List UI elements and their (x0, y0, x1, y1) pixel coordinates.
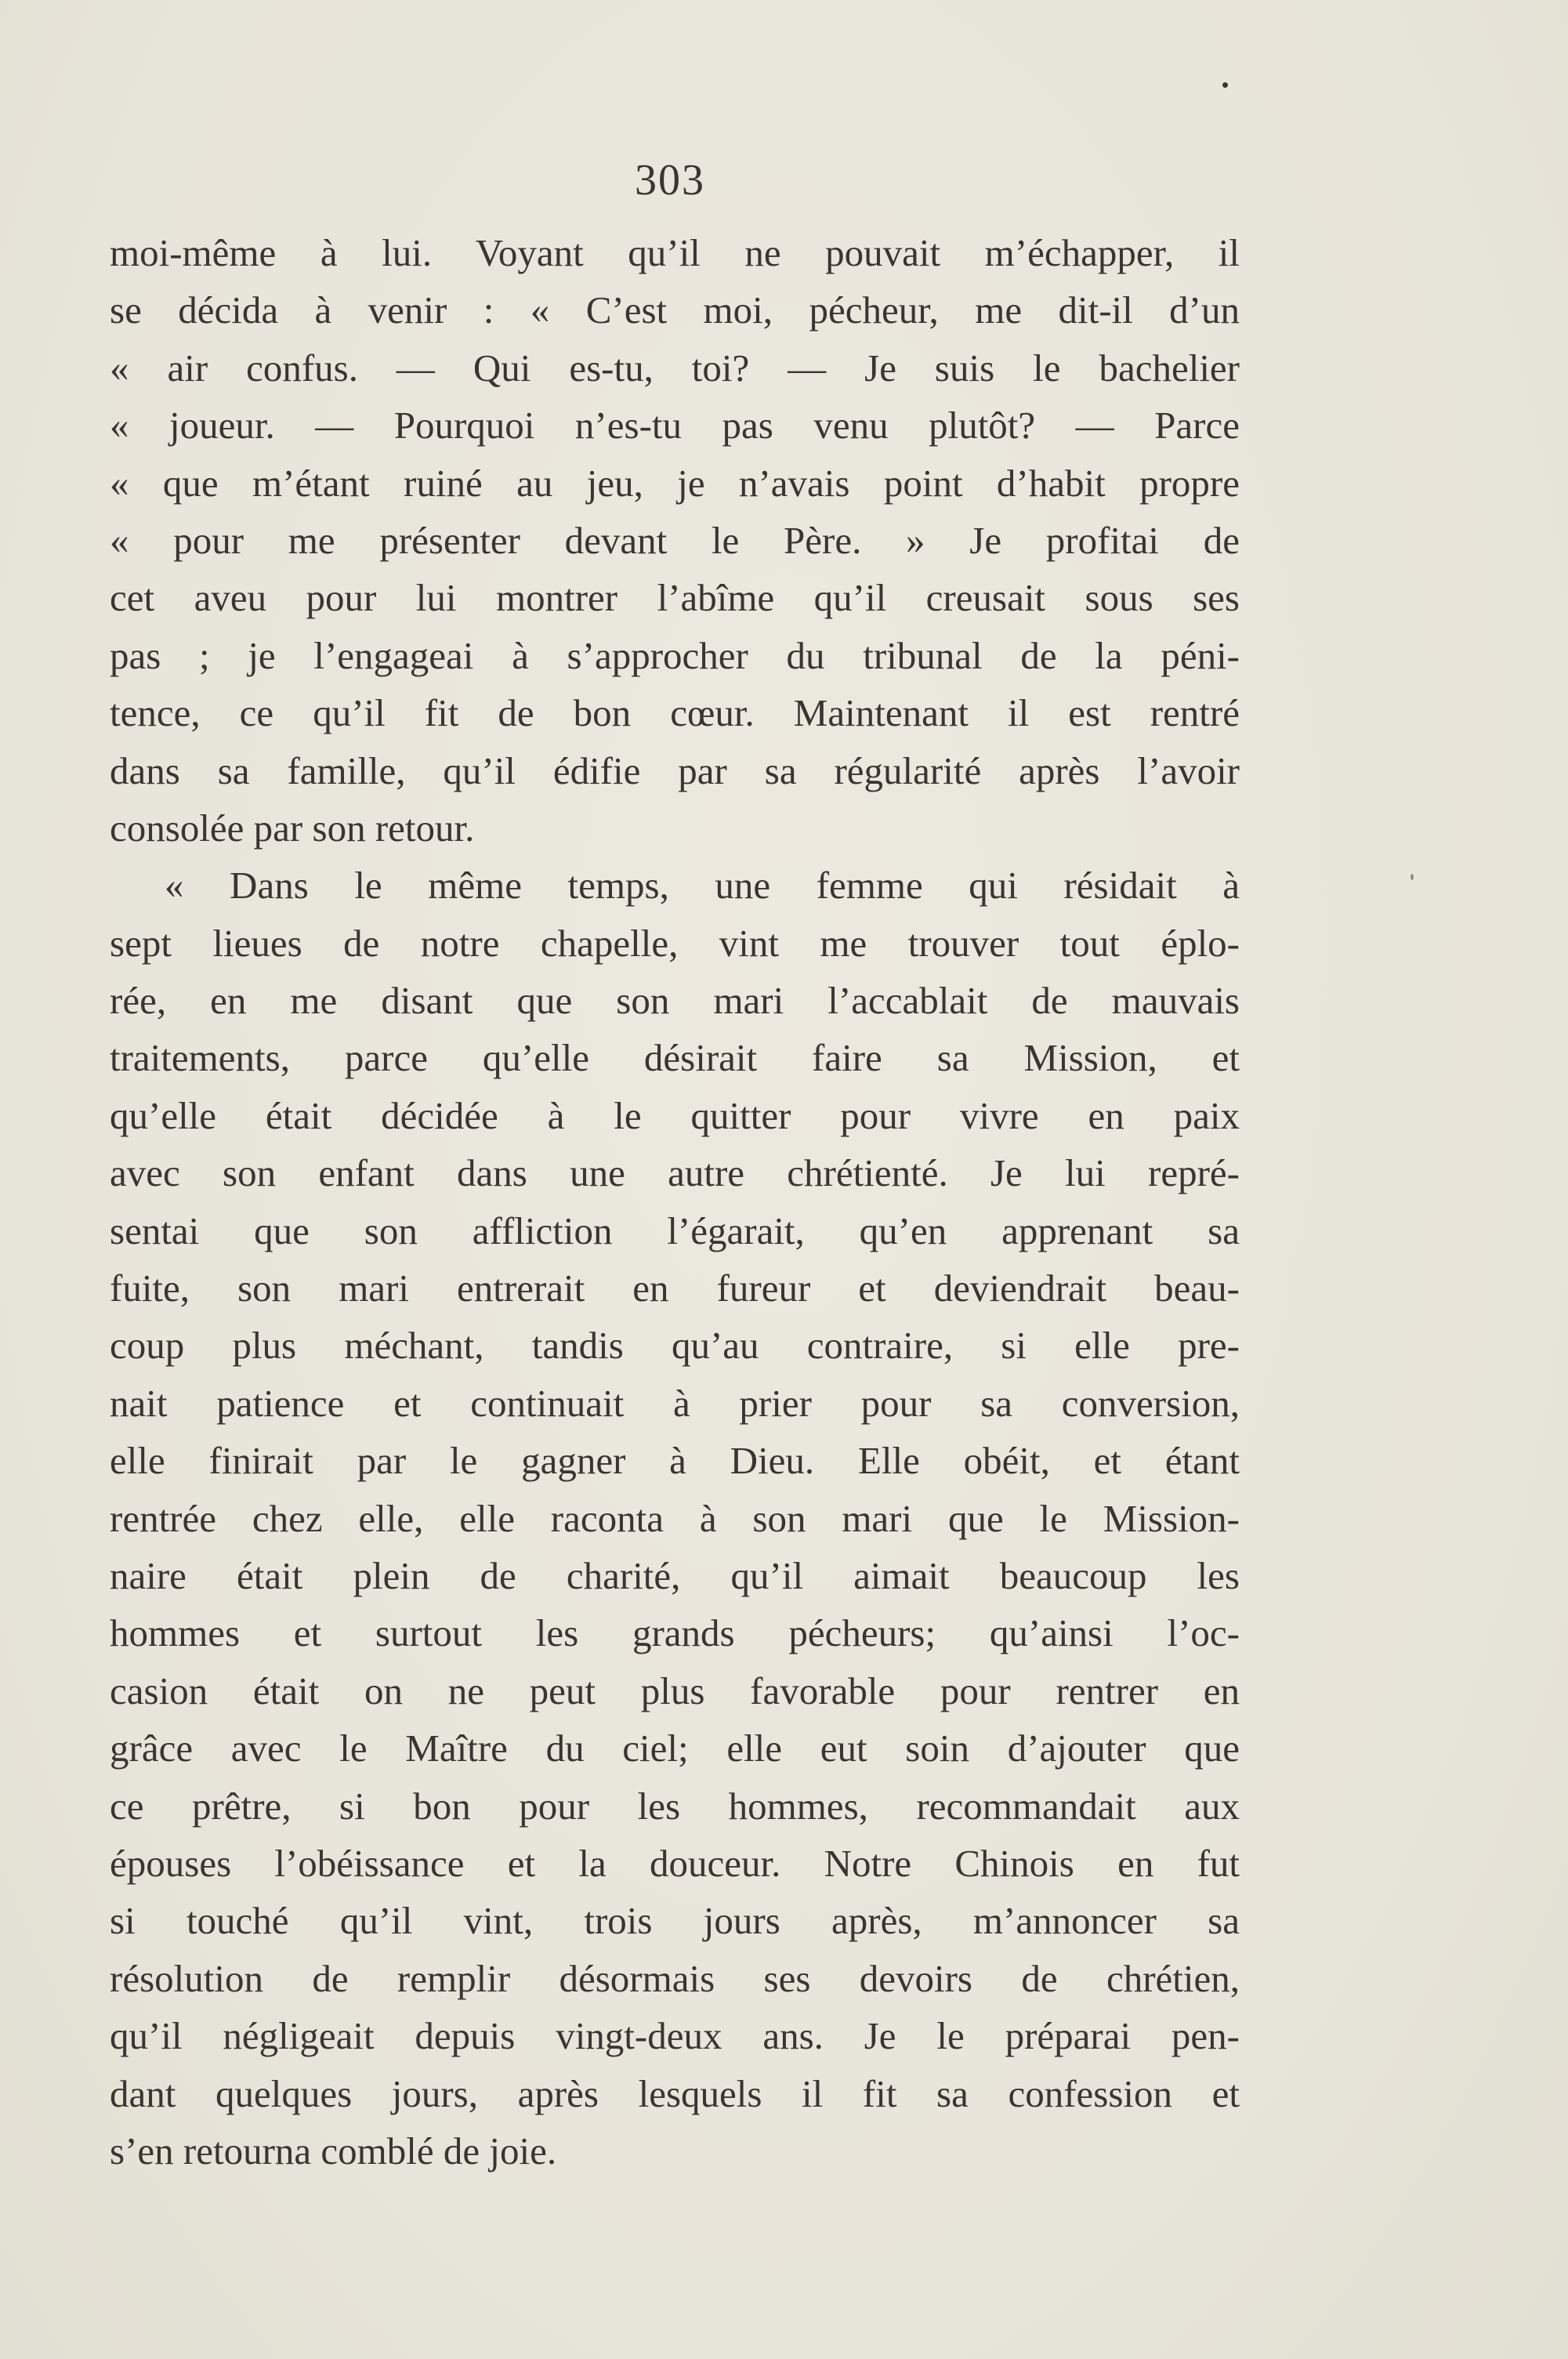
text-line: grâce avec le Maître du ciel; elle eut s… (110, 1719, 1240, 1777)
ink-speck (1222, 82, 1228, 88)
text-line: tence, ce qu’il fit de bon cœur. Mainten… (110, 684, 1240, 741)
text-line: elle finirait par le gagner à Dieu. Elle… (110, 1432, 1240, 1489)
text-line: épouses l’obéissance et la douceur. Notr… (110, 1835, 1240, 1892)
text-line: casion était on ne peut plus favorable p… (110, 1662, 1240, 1719)
text-line: se décida à venir : « C’est moi, pécheur… (110, 281, 1240, 339)
text-line: dant quelques jours, après lesquels il f… (110, 2065, 1240, 2122)
text-line: moi-même à lui. Voyant qu’il ne pouvait … (110, 224, 1240, 281)
text-line: pas ; je l’engageai à s’approcher du tri… (110, 627, 1240, 684)
text-line: « que m’étant ruiné au jeu, je n’avais p… (110, 455, 1240, 512)
text-line: traitements, parce qu’elle désirait fair… (110, 1029, 1240, 1086)
ink-speck (1410, 874, 1414, 880)
text-line: hommes et surtout les grands pécheurs; q… (110, 1604, 1240, 1661)
text-line: fuite, son mari entrerait en fureur et d… (110, 1259, 1240, 1317)
text-line: ce prêtre, si bon pour les hommes, recom… (110, 1777, 1240, 1835)
text-line: qu’elle était décidée à le quitter pour … (110, 1087, 1240, 1144)
text-line: qu’il négligeait depuis vingt-deux ans. … (110, 2007, 1240, 2064)
text-line: résolution de remplir désormais ses devo… (110, 1950, 1240, 2007)
text-line: avec son enfant dans une autre chrétient… (110, 1144, 1240, 1201)
book-page: 303 moi-même à lui. Voyant qu’il ne pouv… (0, 0, 1568, 2359)
body-text: moi-même à lui. Voyant qu’il ne pouvait … (110, 224, 1240, 2180)
text-line: cet aveu pour lui montrer l’abîme qu’il … (110, 569, 1240, 626)
text-line: « air confus. — Qui es-tu, toi? — Je sui… (110, 339, 1240, 397)
text-line: « joueur. — Pourquoi n’es-tu pas venu pl… (110, 397, 1240, 454)
text-line: sept lieues de notre chapelle, vint me t… (110, 915, 1240, 972)
text-line: nait patience et continuait à prier pour… (110, 1375, 1240, 1432)
text-line: si touché qu’il vint, trois jours après,… (110, 1892, 1240, 1949)
text-line: naire était plein de charité, qu’il aima… (110, 1547, 1240, 1604)
text-line: sentai que son affliction l’égarait, qu’… (110, 1202, 1240, 1259)
text-line: « pour me présenter devant le Père. » Je… (110, 512, 1240, 569)
text-line: dans sa famille, qu’il édifie par sa rég… (110, 742, 1240, 799)
text-line: consolée par son retour. (110, 799, 1240, 857)
text-line: « Dans le même temps, une femme qui rési… (110, 857, 1240, 914)
text-line: rée, en me disant que son mari l’accabla… (110, 972, 1240, 1029)
text-line: s’en retourna comblé de joie. (110, 2122, 1240, 2180)
text-line: rentrée chez elle, elle raconta à son ma… (110, 1490, 1240, 1547)
text-line: coup plus méchant, tandis qu’au contrair… (110, 1317, 1240, 1374)
page-number: 303 (0, 155, 1340, 205)
